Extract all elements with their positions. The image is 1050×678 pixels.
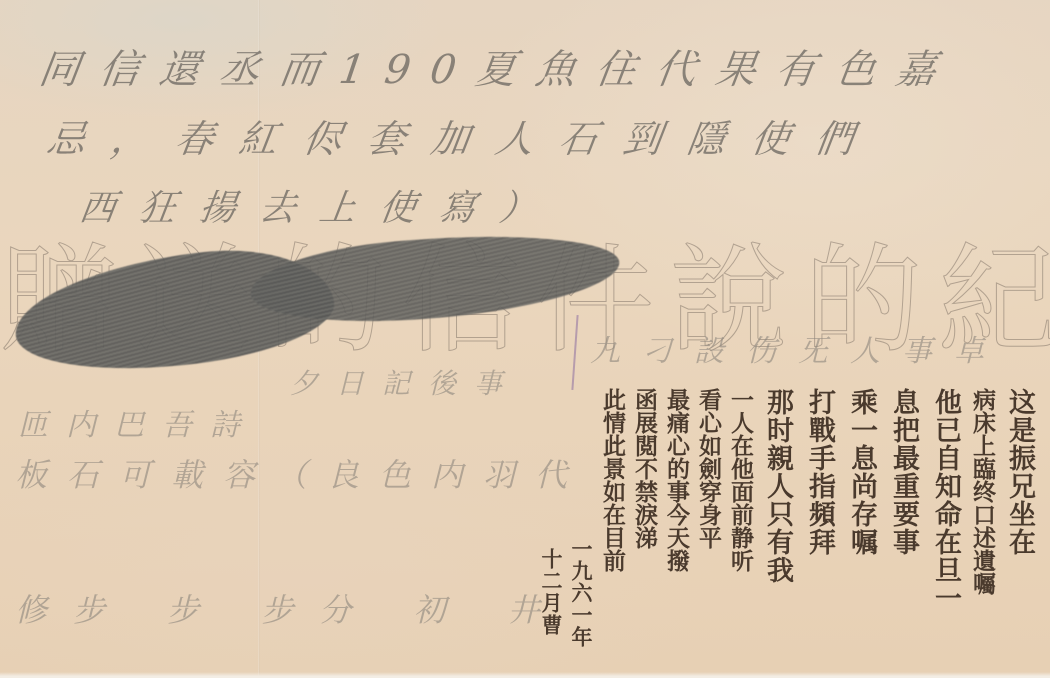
date-month-signature: 十二月曹 bbox=[538, 548, 564, 678]
ink-column-7: 那时親人只有我 bbox=[758, 388, 796, 678]
ink-column-5: 乘一息尚存嘱 bbox=[842, 388, 880, 678]
pencil-line-2: 忌，春紅侭套加人石剄隱使們 bbox=[44, 108, 884, 163]
pencil-line-4: 九刁設伤旡人事卓 bbox=[590, 326, 1006, 370]
pencil-line-7: 板石可載容（良色内羽代 bbox=[15, 450, 587, 496]
ink-column-10: 最痛心的事今天撥 bbox=[662, 388, 690, 678]
pencil-line-3: 西狂揚去上使寫） bbox=[76, 180, 563, 231]
letter-paper: 贈送的信件說的紀 同信還丞而190夏魚住代果有色嘉 忌，春紅侭套加人石剄隱使們 … bbox=[0, 0, 1050, 678]
ink-column-12: 此情此景如在目前 bbox=[598, 388, 626, 678]
ink-column-2: 病床上臨终口述遺囑 bbox=[968, 388, 996, 678]
ink-column-6: 打戰手指頻拜 bbox=[800, 388, 838, 678]
ink-column-11: 函展閲不禁淚涕 bbox=[630, 388, 658, 678]
pencil-line-6: 匝内巴吾詩 bbox=[18, 400, 258, 444]
paper-bottom-edge bbox=[0, 672, 1050, 678]
ink-column-9: 看心如劍穿身平 bbox=[694, 388, 722, 678]
ink-column-4: 息把最重要事 bbox=[884, 388, 922, 678]
ink-column-3: 他已自知命在旦一 bbox=[926, 388, 964, 678]
pencil-line-8: 修步 步 步分 初 井 bbox=[15, 585, 566, 631]
ink-column-1: 这是振兄坐在 bbox=[1000, 388, 1038, 678]
date-year: 一九六一年 bbox=[568, 538, 594, 678]
pencil-line-1: 同信還丞而190夏魚住代果有色嘉 bbox=[36, 38, 960, 95]
ink-vertical-text: 这是振兄坐在 病床上臨终口述遺囑 他已自知命在旦一 息把最重要事 乘一息尚存嘱 … bbox=[538, 388, 1038, 678]
pencil-line-5: 夕日記後事 bbox=[290, 362, 520, 402]
ink-column-8: 一人在他面前静听 bbox=[726, 388, 754, 678]
